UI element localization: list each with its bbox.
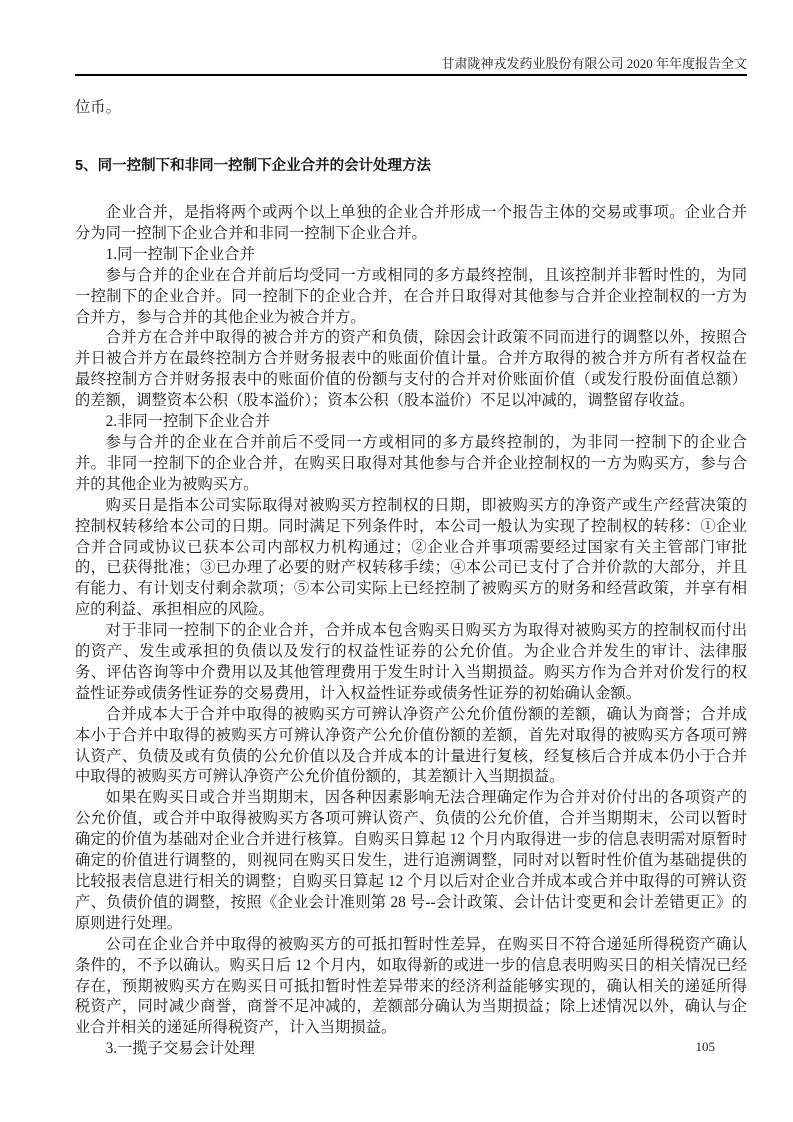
header-title: 甘肃陇神戎发药业股份有限公司 2020 年年度报告全文 [441, 56, 747, 71]
subheading-same-control: 1.同一控制下企业合并 [75, 245, 747, 266]
paragraph-same-control-1: 参与合并的企业在合并前后均受同一方或相同的多方最终控制，且该控制并非暂时性的，为… [75, 266, 747, 329]
carryover-text: 位币。 [75, 97, 747, 118]
subheading-package-deal: 3.一揽子交易会计处理 [75, 1039, 747, 1060]
page-number: 105 [696, 1039, 716, 1054]
paragraph-same-control-2: 合并方在合并中取得的被合并方的资产和负债，除因会计政策不同而进行的调整以外，按照… [75, 328, 747, 412]
paragraph-goodwill: 合并成本大于合并中取得的被购买方可辨认净资产公允价值份额的差额，确认为商誉；合并… [75, 705, 747, 789]
subheading-non-same-control: 2.非同一控制下企业合并 [75, 412, 747, 433]
paragraph-deferred-tax: 公司在企业合并中取得的被购买方的可抵扣暂时性差异，在购买日不符合递延所得税资产确… [75, 935, 747, 1040]
paragraph-non-same-1: 参与合并的企业在合并前后不受同一方或相同的多方最终控制的，为非同一控制下的企业合… [75, 433, 747, 496]
page-header: 甘肃陇神戎发药业股份有限公司 2020 年年度报告全文 [75, 56, 747, 76]
paragraph-purchase-date: 购买日是指本公司实际取得对被购买方控制权的日期，即被购买方的净资产或生产经营决策… [75, 496, 747, 621]
paragraph-intro: 企业合并，是指将两个或两个以上单独的企业合并形成一个报告主体的交易或事项。企业合… [75, 203, 747, 245]
report-page: 甘肃陇神戎发药业股份有限公司 2020 年年度报告全文 位币。 5、同一控制下和… [0, 0, 793, 1122]
document-body: 位币。 5、同一控制下和非同一控制下企业合并的会计处理方法 企业合并，是指将两个… [75, 97, 747, 1060]
paragraph-merge-cost: 对于非同一控制下的企业合并，合并成本包含购买日购买方为取得对被购买方的控制权而付… [75, 621, 747, 705]
section-heading: 5、同一控制下和非同一控制下企业合并的会计处理方法 [75, 158, 747, 174]
paragraph-provisional-value: 如果在购买日或合并当期期末，因各种因素影响无法合理确定作为合并对价付出的各项资产… [75, 788, 747, 934]
paragraph-list: 企业合并，是指将两个或两个以上单独的企业合并形成一个报告主体的交易或事项。企业合… [75, 203, 747, 1060]
